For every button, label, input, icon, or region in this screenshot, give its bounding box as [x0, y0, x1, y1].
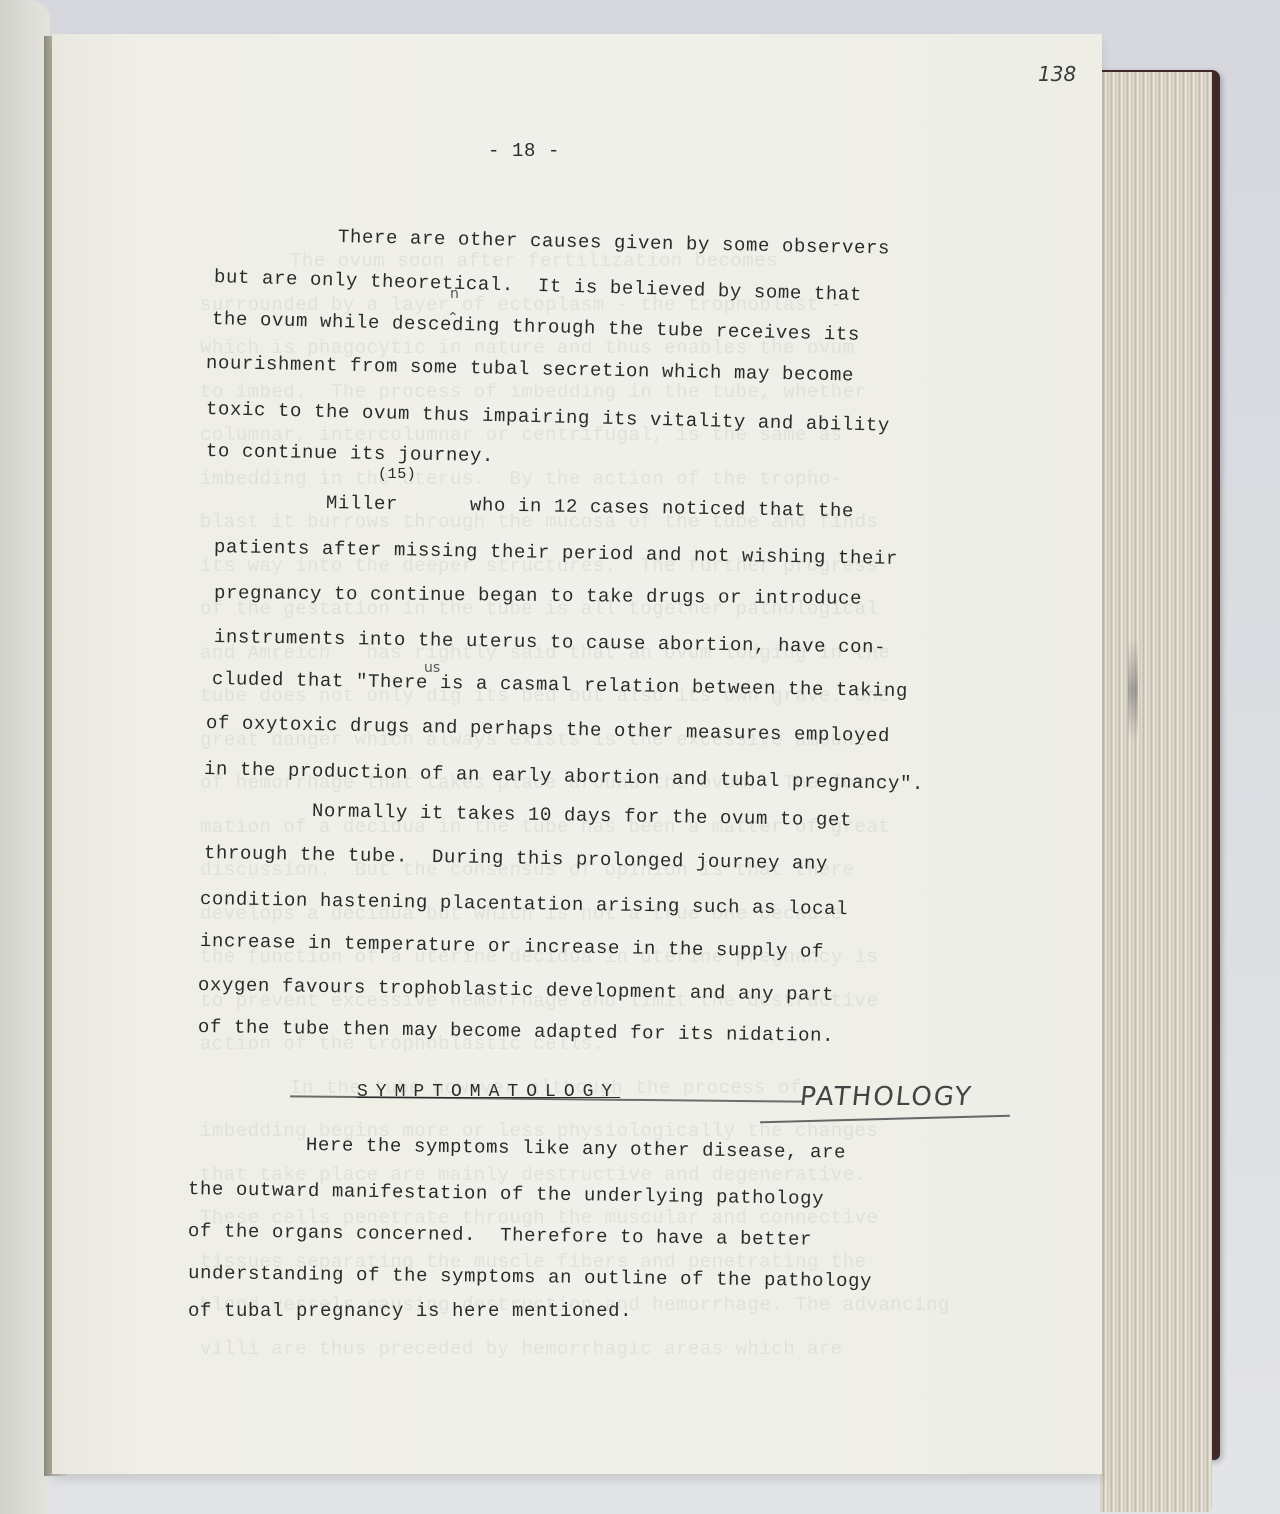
reference-superscript: (15): [378, 466, 416, 483]
heading-handwritten: PATHOLOGY: [798, 1082, 974, 1112]
bleed-through-line: imbedding in the uterus. By the action o…: [200, 468, 843, 490]
folio-number: 138: [1038, 62, 1076, 86]
heading-struck: SYMPTOMATOLOGY: [357, 1082, 620, 1102]
left-facing-page: [0, 0, 50, 1514]
insertion-mark-n: n: [450, 286, 459, 302]
text-line: of tubal pregnancy is here mentioned.: [188, 1300, 632, 1322]
insertion-mark-us: us: [424, 660, 440, 676]
page-stack-edge: [1100, 72, 1212, 1512]
bleed-through-line: villi are thus preceded by hemorrhagic a…: [200, 1338, 843, 1360]
page-stack-mark: [1128, 640, 1138, 740]
caret-icon: ⌃: [447, 310, 459, 326]
page-number: - 18 -: [488, 140, 560, 162]
